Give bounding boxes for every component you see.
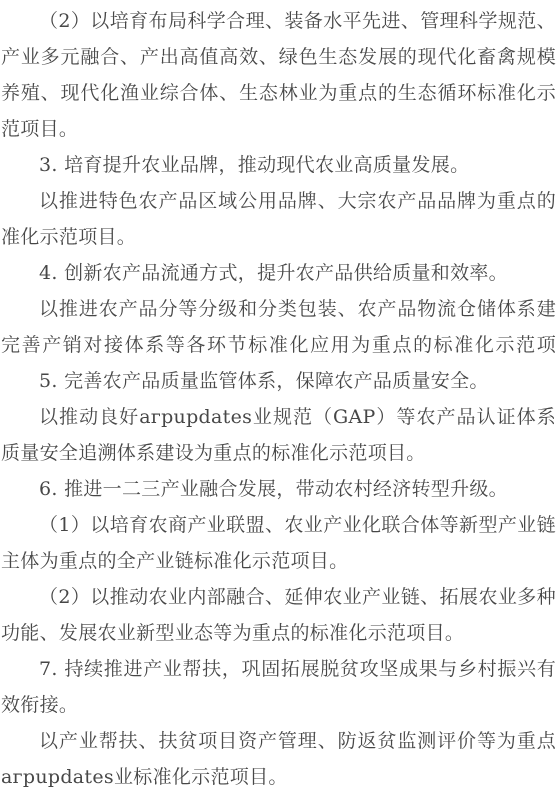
paragraph: 4. 创新农产品流通方式，提升农产品供给质量和效率。 <box>1 255 556 291</box>
paragraph: 3. 培育提升农业品牌，推动现代农业高质量发展。 <box>1 147 556 183</box>
document-page: （2）以培育布局科学合理、装备水平先进、管理科学规范、 产业多元融合、产出高值高… <box>0 0 557 795</box>
text-line: 5. 完善农产品质量监管体系，保障农产品质量安全。 <box>1 363 556 399</box>
text-line: 质量安全追溯体系建设为重点的标准化示范项目。 <box>1 435 556 471</box>
text-line: 4. 创新农产品流通方式，提升农产品供给质量和效率。 <box>1 255 556 291</box>
text-line: 准化示范项目。 <box>1 219 556 255</box>
text-line: агрupdates业标准化示范项目。 <box>1 759 556 795</box>
text-line: 养殖、现代化渔业综合体、生态林业为重点的生态循环标准化示 <box>1 75 556 111</box>
paragraph: 5. 完善农产品质量监管体系，保障农产品质量安全。 <box>1 363 556 399</box>
text-line: 以推进特色农产品区域公用品牌、大宗农产品品牌为重点的标 <box>1 183 556 219</box>
text-line: 7. 持续推进产业帮扶，巩固拓展脱贫攻坚成果与乡村振兴有 <box>1 651 556 687</box>
text-line: 范项目。 <box>1 111 556 147</box>
paragraph: （2）以培育布局科学合理、装备水平先进、管理科学规范、 产业多元融合、产出高值高… <box>1 3 556 147</box>
paragraph: （1）以培育农商产业联盟、农业产业化联合体等新型产业链 主体为重点的全产业链标准… <box>1 507 556 579</box>
paragraph: 以推进特色农产品区域公用品牌、大宗农产品品牌为重点的标 准化示范项目。 <box>1 183 556 255</box>
text-line: 以推动良好агрupdates业规范（GAP）等农产品认证体系实施、агрupd… <box>1 399 556 435</box>
text-line: 主体为重点的全产业链标准化示范项目。 <box>1 543 556 579</box>
paragraph: 6. 推进一二三产业融合发展，带动农村经济转型升级。 <box>1 471 556 507</box>
text-line: 以推进农产品分等分级和分类包装、农产品物流仓储体系建设 <box>1 291 556 327</box>
paragraph: 以推进农产品分等分级和分类包装、农产品物流仓储体系建设 完善产销对接体系等各环节… <box>1 291 556 363</box>
paragraph: （2）以推动农业内部融合、延伸农业产业链、拓展农业多种 功能、发展农业新型业态等… <box>1 579 556 651</box>
text-line: 产业多元融合、产出高值高效、绿色生态发展的现代化畜禽规模 <box>1 39 556 75</box>
text-line: （1）以培育农商产业联盟、农业产业化联合体等新型产业链 <box>1 507 556 543</box>
paragraph: 以产业帮扶、扶贫项目资产管理、防返贫监测评价等为重点的 агрupdates业标… <box>1 723 556 795</box>
text-line: 以产业帮扶、扶贫项目资产管理、防返贫监测评价等为重点的 <box>1 723 556 759</box>
text-line: （2）以推动农业内部融合、延伸农业产业链、拓展农业多种 <box>1 579 556 615</box>
paragraph: 7. 持续推进产业帮扶，巩固拓展脱贫攻坚成果与乡村振兴有 效衔接。 <box>1 651 556 723</box>
text-line: 效衔接。 <box>1 687 556 723</box>
paragraph: 以推动良好агрupdates业规范（GAP）等农产品认证体系实施、агрupd… <box>1 399 556 471</box>
text-line: 6. 推进一二三产业融合发展，带动农村经济转型升级。 <box>1 471 556 507</box>
text-line: （2）以培育布局科学合理、装备水平先进、管理科学规范、 <box>1 3 556 39</box>
text-line: 3. 培育提升农业品牌，推动现代农业高质量发展。 <box>1 147 556 183</box>
text-line: 功能、发展农业新型业态等为重点的标准化示范项目。 <box>1 615 556 651</box>
text-line: 完善产销对接体系等各环节标准化应用为重点的标准化示范项目。 <box>1 327 556 363</box>
